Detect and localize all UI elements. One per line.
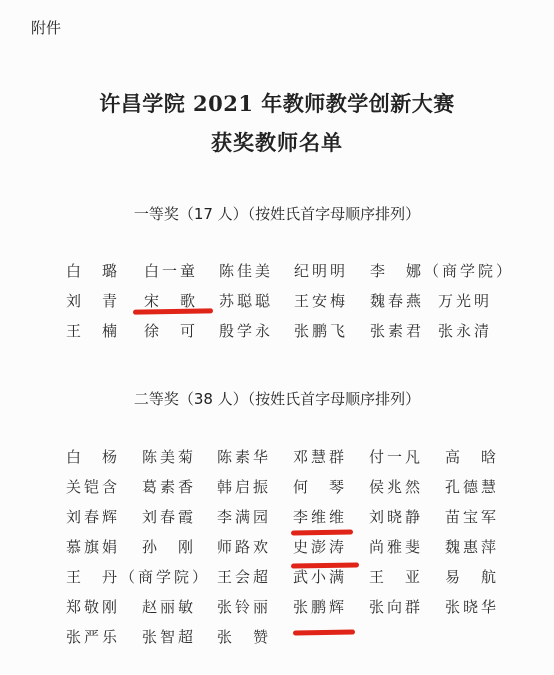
- winner-name: 侯兆然: [369, 476, 423, 497]
- winner-name: 孔德慧: [445, 476, 499, 497]
- winner-name: 李满园: [217, 506, 271, 527]
- red-underline-mark: [293, 629, 355, 635]
- winner-name: 何 琴: [293, 476, 347, 497]
- winner-name: 关铠含: [66, 476, 120, 497]
- winner-name: 陈美菊: [142, 446, 196, 467]
- attachment-label: 附件: [31, 17, 61, 38]
- second-prize-heading: 二等奖（38 人）（按姓氏首字母顺序排列）: [0, 388, 554, 409]
- winner-name: 王 丹（商学院）: [66, 566, 210, 587]
- winner-name: 张铃丽: [217, 596, 271, 617]
- winner-name: 刘 青: [66, 290, 120, 311]
- winner-name: 刘晓静: [369, 506, 423, 527]
- winner-name: 陈佳美: [219, 260, 273, 281]
- red-underline-mark: [291, 529, 353, 535]
- red-underline-mark: [291, 562, 359, 568]
- winner-name: 白 杨: [66, 446, 120, 467]
- winner-name: 张鹏飞: [294, 320, 348, 341]
- document-title: 许昌学院 2021 年教师教学创新大赛: [0, 88, 554, 118]
- winner-name: 白 璐: [66, 260, 120, 281]
- winner-name: 王 亚: [369, 566, 423, 587]
- winner-name-highlighted: 李维维: [293, 506, 347, 527]
- document-subtitle: 获奖教师名单: [0, 127, 554, 157]
- winner-name: 白一童: [144, 260, 198, 281]
- winner-name: 易 航: [445, 566, 499, 587]
- winner-name: 王安梅: [294, 290, 348, 311]
- winner-name: 陈素华: [217, 446, 271, 467]
- winner-name: 纪明明: [294, 260, 348, 281]
- winner-name-highlighted: 张鹏辉: [293, 596, 347, 617]
- winner-name: 苗宝军: [445, 506, 499, 527]
- winner-name: 孙 刚: [142, 536, 196, 557]
- winner-name: 张晓华: [445, 596, 499, 617]
- first-prize-heading: 一等奖（17 人）（按姓氏首字母顺序排列）: [0, 203, 554, 224]
- winner-name-highlighted: 史澎涛: [293, 536, 347, 557]
- winner-name: 邓慧群: [293, 446, 347, 467]
- winner-name: 万光明: [438, 290, 492, 311]
- winner-name: 李 娜（商学院）: [370, 260, 514, 281]
- winner-name: 苏聪聪: [219, 290, 273, 311]
- winner-name: 张智超: [142, 626, 196, 647]
- winner-name: 赵丽敏: [142, 596, 196, 617]
- winner-name: 师路欢: [217, 536, 271, 557]
- winner-name: 徐 可: [144, 320, 198, 341]
- winner-name: 刘春辉: [66, 506, 120, 527]
- winner-name: 张素君: [370, 320, 424, 341]
- winner-name: 付一凡: [369, 446, 423, 467]
- winner-name: 张 赞: [217, 626, 271, 647]
- winner-name: 葛素香: [142, 476, 196, 497]
- winner-name: 刘春霞: [142, 506, 196, 527]
- winner-name: 高 晗: [445, 446, 499, 467]
- winner-name: 慕旗娟: [66, 536, 120, 557]
- winner-name: 王 楠: [66, 320, 120, 341]
- winner-name: 王会超: [217, 566, 271, 587]
- winner-name: 郑敬刚: [66, 596, 120, 617]
- winner-name: 魏惠萍: [445, 536, 499, 557]
- winner-name: 张向群: [369, 596, 423, 617]
- winner-name: 魏春燕: [370, 290, 424, 311]
- winner-name: 武小满: [293, 566, 347, 587]
- winner-name: 尚雅斐: [369, 536, 423, 557]
- winner-name: 韩启振: [217, 476, 271, 497]
- winner-name: 张永清: [438, 320, 492, 341]
- red-underline-mark: [133, 308, 213, 314]
- winner-name: 张严乐: [66, 626, 120, 647]
- winner-name: 殷学永: [219, 320, 273, 341]
